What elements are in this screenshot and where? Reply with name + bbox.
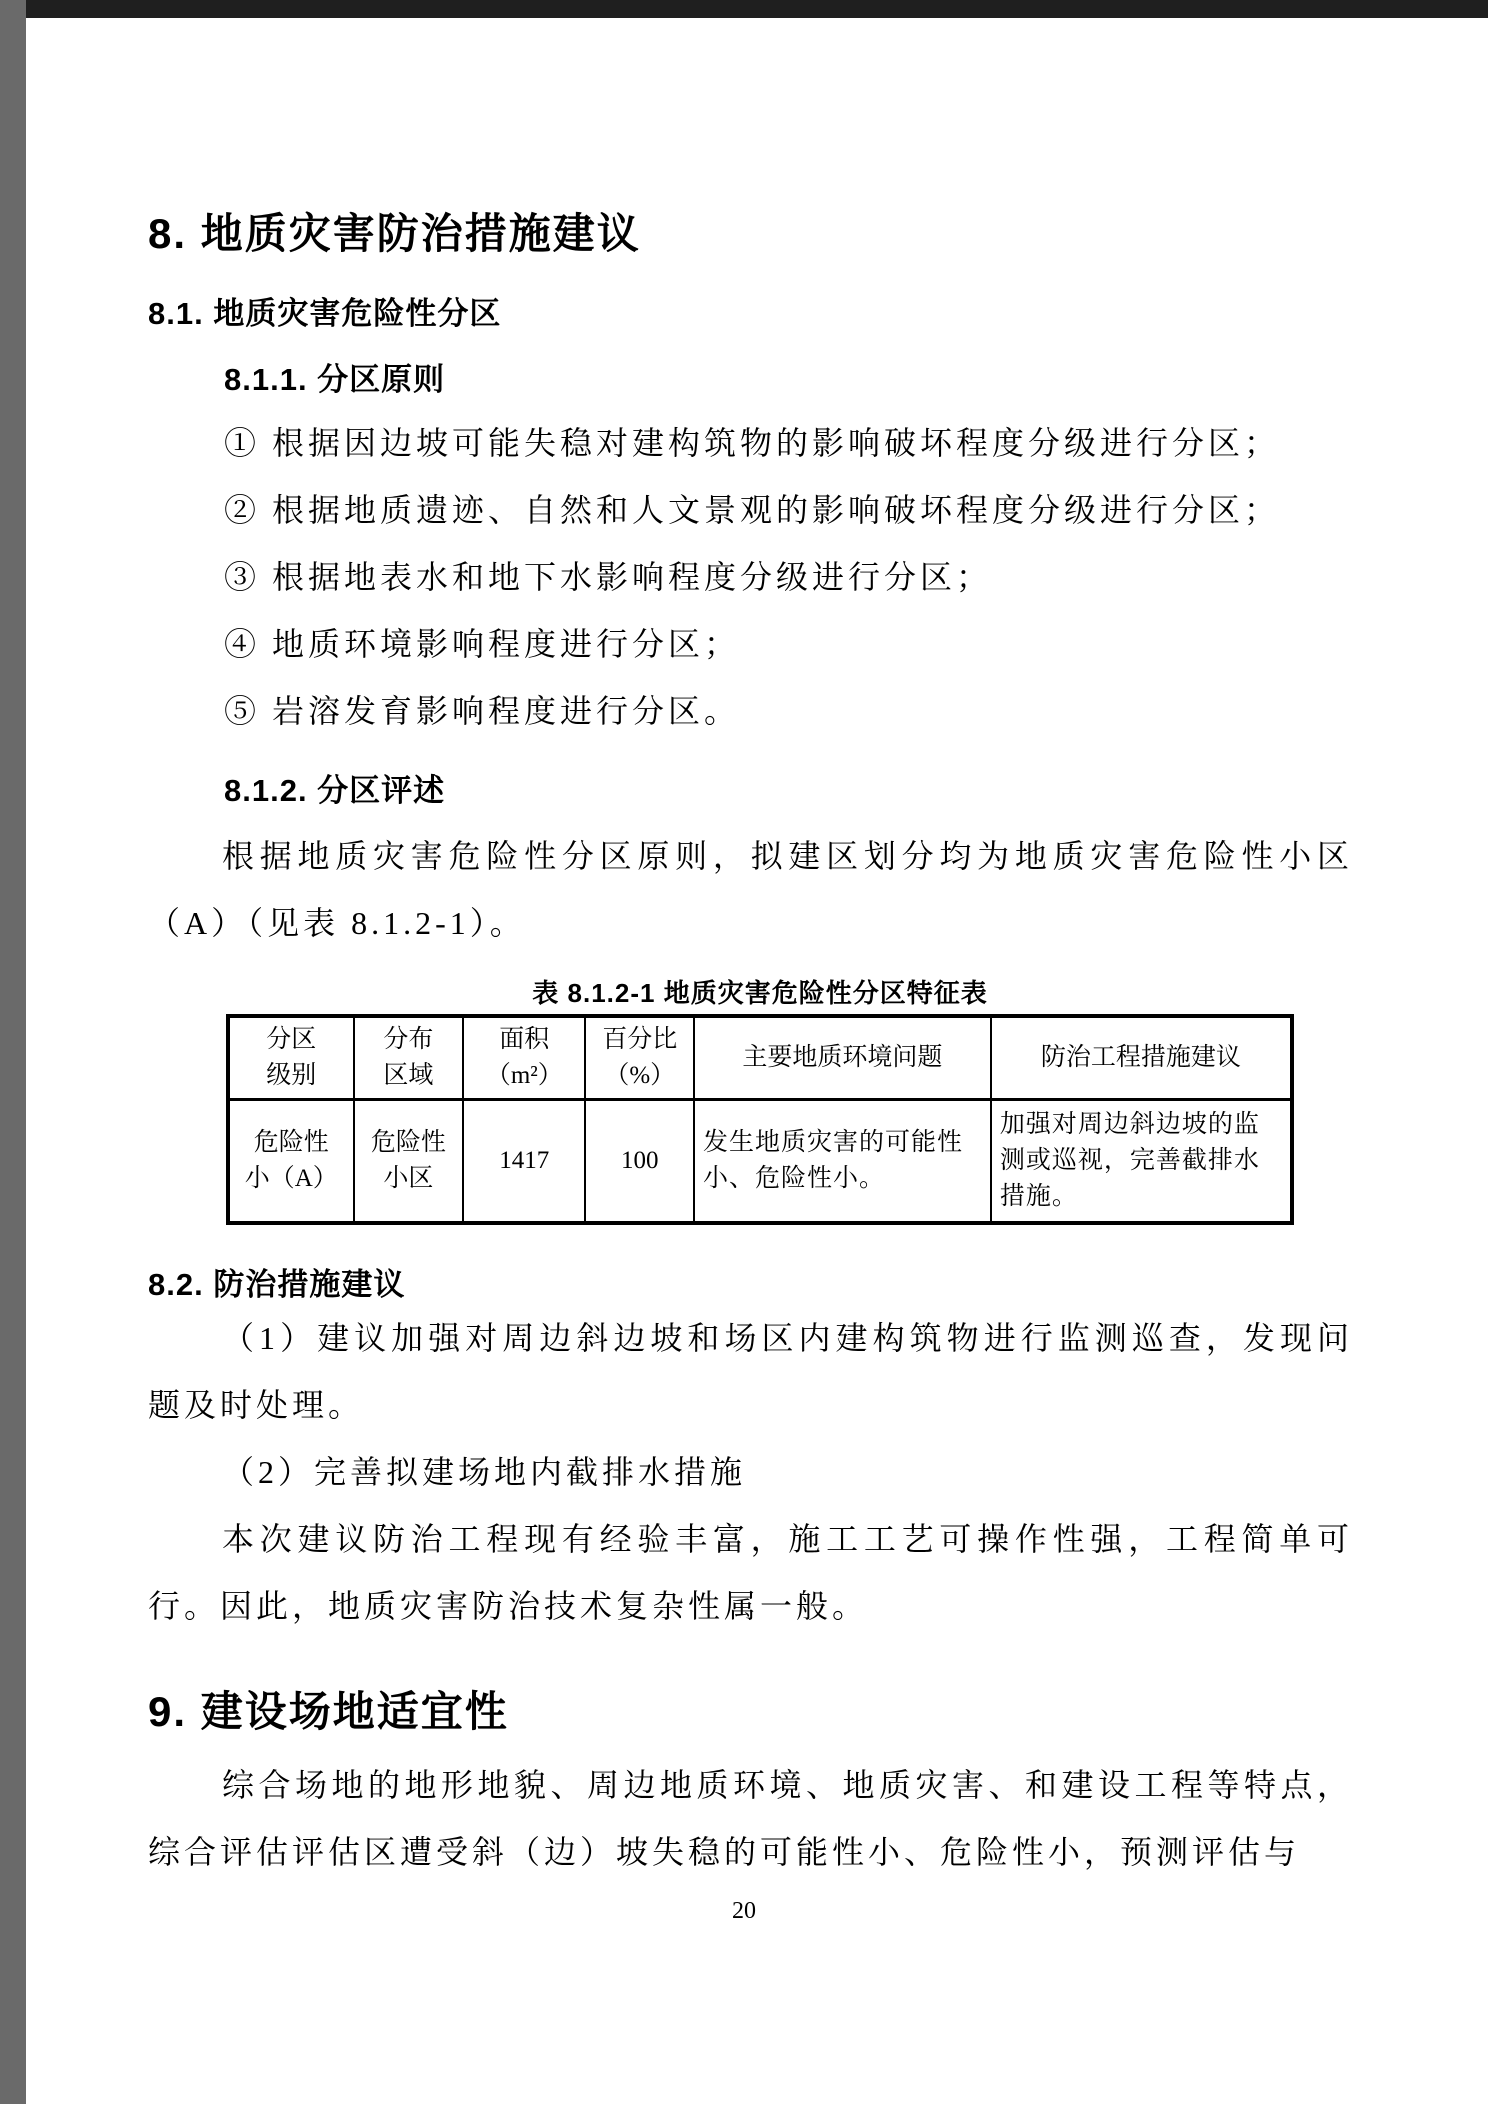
scan-edge-top: [0, 0, 1488, 18]
paragraph-measure-summary: 本次建议防治工程现有经验丰富，施工工艺可操作性强，工程简单可行。因此，地质灾害防…: [148, 1506, 1353, 1640]
paragraph-measure-1: （1）建议加强对周边斜边坡和场区内建构筑物进行监测巡查，发现问题及时处理。: [148, 1305, 1353, 1439]
list-item-principle-5: ⑤ 岩溶发育影响程度进行分区。: [224, 678, 1353, 745]
col-header-percentage: 百分比 （%）: [585, 1016, 694, 1100]
col-header-geo-problems: 主要地质环境问题: [694, 1016, 991, 1100]
cell-measures: 加强对周边斜边坡的监测或巡视，完善截排水措施。: [991, 1100, 1292, 1224]
list-item-principle-4: ④ 地质环境影响程度进行分区；: [224, 611, 1353, 678]
cell-distribution: 危险性 小区: [354, 1100, 464, 1224]
list-item-principle-2: ② 根据地质遗迹、自然和人文景观的影响破坏程度分级进行分区；: [224, 477, 1353, 544]
scan-edge-left: [0, 0, 26, 2104]
zoning-principles-list: ① 根据因边坡可能失稳对建构筑物的影响破坏程度分级进行分区； ② 根据地质遗迹、…: [148, 410, 1353, 745]
heading-section-8-1: 8.1. 地质灾害危险性分区: [148, 294, 1353, 334]
heading-section-8: 8. 地质灾害防治措施建议: [148, 208, 1353, 260]
heading-section-8-1-1: 8.1.1. 分区原则: [224, 360, 1353, 400]
page-number: 20: [0, 1898, 1488, 1925]
heading-section-8-1-2: 8.1.2. 分区评述: [224, 771, 1353, 811]
cell-zone-level: 危险性 小（A）: [228, 1100, 354, 1224]
list-item-principle-1: ① 根据因边坡可能失稳对建构筑物的影响破坏程度分级进行分区；: [224, 410, 1353, 477]
heading-section-9: 9. 建设场地适宜性: [148, 1686, 1353, 1738]
table-header-row: 分区 级别 分布 区域 面积 （m²） 百分比 （%） 主要地质环境问题 防治工…: [228, 1016, 1292, 1100]
page-content: 8. 地质灾害防治措施建议 8.1. 地质灾害危险性分区 8.1.1. 分区原则…: [148, 18, 1353, 1886]
cell-area: 1417: [463, 1100, 585, 1224]
paragraph-zoning-review: 根据地质灾害危险性分区原则，拟建区划分均为地质灾害危险性小区（A）（见表 8.1…: [148, 823, 1353, 957]
table-row: 危险性 小（A） 危险性 小区 1417 100 发生地质灾害的可能性小、危险性…: [228, 1100, 1292, 1224]
paragraph-suitability: 综合场地的地形地貌、周边地质环境、地质灾害、和建设工程等特点，综合评估评估区遭受…: [148, 1752, 1353, 1886]
document-page: 8. 地质灾害防治措施建议 8.1. 地质灾害危险性分区 8.1.1. 分区原则…: [0, 0, 1488, 2104]
heading-section-8-2: 8.2. 防治措施建议: [148, 1265, 1353, 1305]
col-header-measures: 防治工程措施建议: [991, 1016, 1292, 1100]
col-header-distribution: 分布 区域: [354, 1016, 464, 1100]
paragraph-measure-2: （2）完善拟建场地内截排水措施: [148, 1439, 1353, 1506]
col-header-zone-level: 分区 级别: [228, 1016, 354, 1100]
cell-geo-problems: 发生地质灾害的可能性小、危险性小。: [694, 1100, 991, 1224]
cell-percentage: 100: [585, 1100, 694, 1224]
hazard-zoning-table: 分区 级别 分布 区域 面积 （m²） 百分比 （%） 主要地质环境问题 防治工…: [226, 1014, 1294, 1225]
list-item-principle-3: ③ 根据地表水和地下水影响程度分级进行分区；: [224, 544, 1353, 611]
col-header-area: 面积 （m²）: [463, 1016, 585, 1100]
table-caption: 表 8.1.2-1 地质灾害危险性分区特征表: [226, 973, 1294, 1010]
